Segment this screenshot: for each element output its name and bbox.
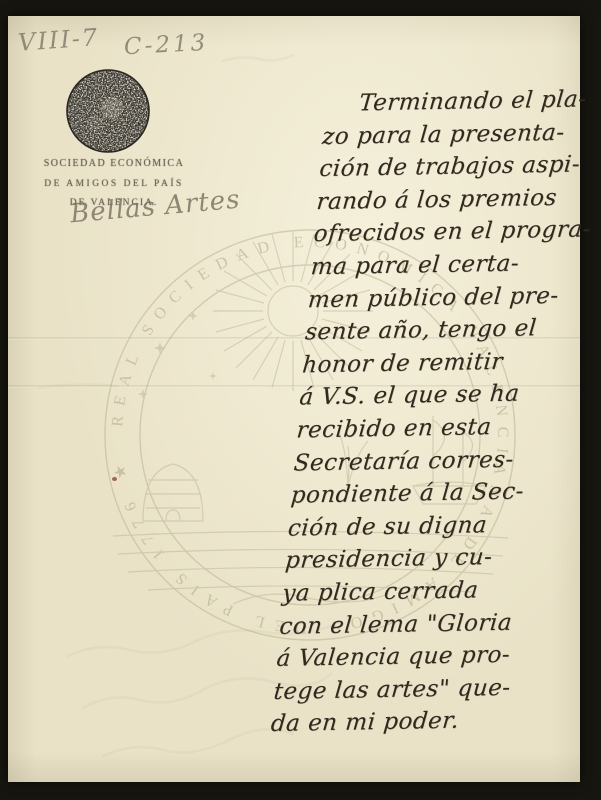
paper-sheet: REAL SOCIEDAD ECONOMICA VALENCIANA DE AM…	[8, 16, 580, 782]
letter-line: men público del pre-	[307, 279, 592, 317]
letter-line: Terminando el pla-	[324, 83, 601, 121]
letter-line: presidencia y cu-	[284, 540, 569, 578]
letter-line: pondiente á la Sec-	[289, 475, 574, 513]
letter-line: ofrecidos en el progra-	[312, 214, 597, 252]
archive-mark-1: VIII-7	[17, 23, 100, 57]
letter-line: ya plica cerrada	[281, 573, 566, 611]
letter-line: recibido en esta	[295, 409, 580, 447]
letter-line: ma para el certa-	[309, 246, 594, 284]
archive-mark-2: C-213	[123, 30, 209, 60]
letter-line: ción de trabajos aspi-	[318, 148, 601, 186]
letter-line: honor de remitir	[301, 344, 586, 382]
letter-line: á Valencia que pro-	[275, 638, 560, 676]
letter-line: tege las artes" que-	[272, 671, 557, 709]
letter-line: sente año, tengo el	[304, 312, 589, 350]
letter-body: Terminando el pla- zo para la presenta- …	[269, 83, 601, 741]
letter-line: á V.S. el que se ha	[298, 377, 583, 415]
letter-line: zo para la presenta-	[321, 116, 601, 154]
letter-line: Secretaría corres-	[292, 442, 577, 480]
letter-line: da en mi poder.	[269, 703, 554, 741]
scanned-letter-page: REAL SOCIEDAD ECONOMICA VALENCIANA DE AM…	[0, 0, 601, 800]
letterhead-line-1: SOCIEDAD ECONÓMICA	[32, 154, 196, 174]
letter-line: ción de su digna	[287, 507, 572, 545]
letter-line: rando á los premios	[315, 181, 600, 219]
letterhead-line-2: DE AMIGOS DEL PAÍS	[32, 174, 196, 194]
letter-line: con el lema "Gloria	[278, 605, 563, 643]
letterhead-line-3: DE VALENCIA.	[32, 194, 196, 212]
circular-ink-seal-icon	[65, 68, 151, 154]
letterhead: SOCIEDAD ECONÓMICA DE AMIGOS DEL PAÍS DE…	[32, 154, 196, 212]
ink-speck	[112, 477, 117, 481]
